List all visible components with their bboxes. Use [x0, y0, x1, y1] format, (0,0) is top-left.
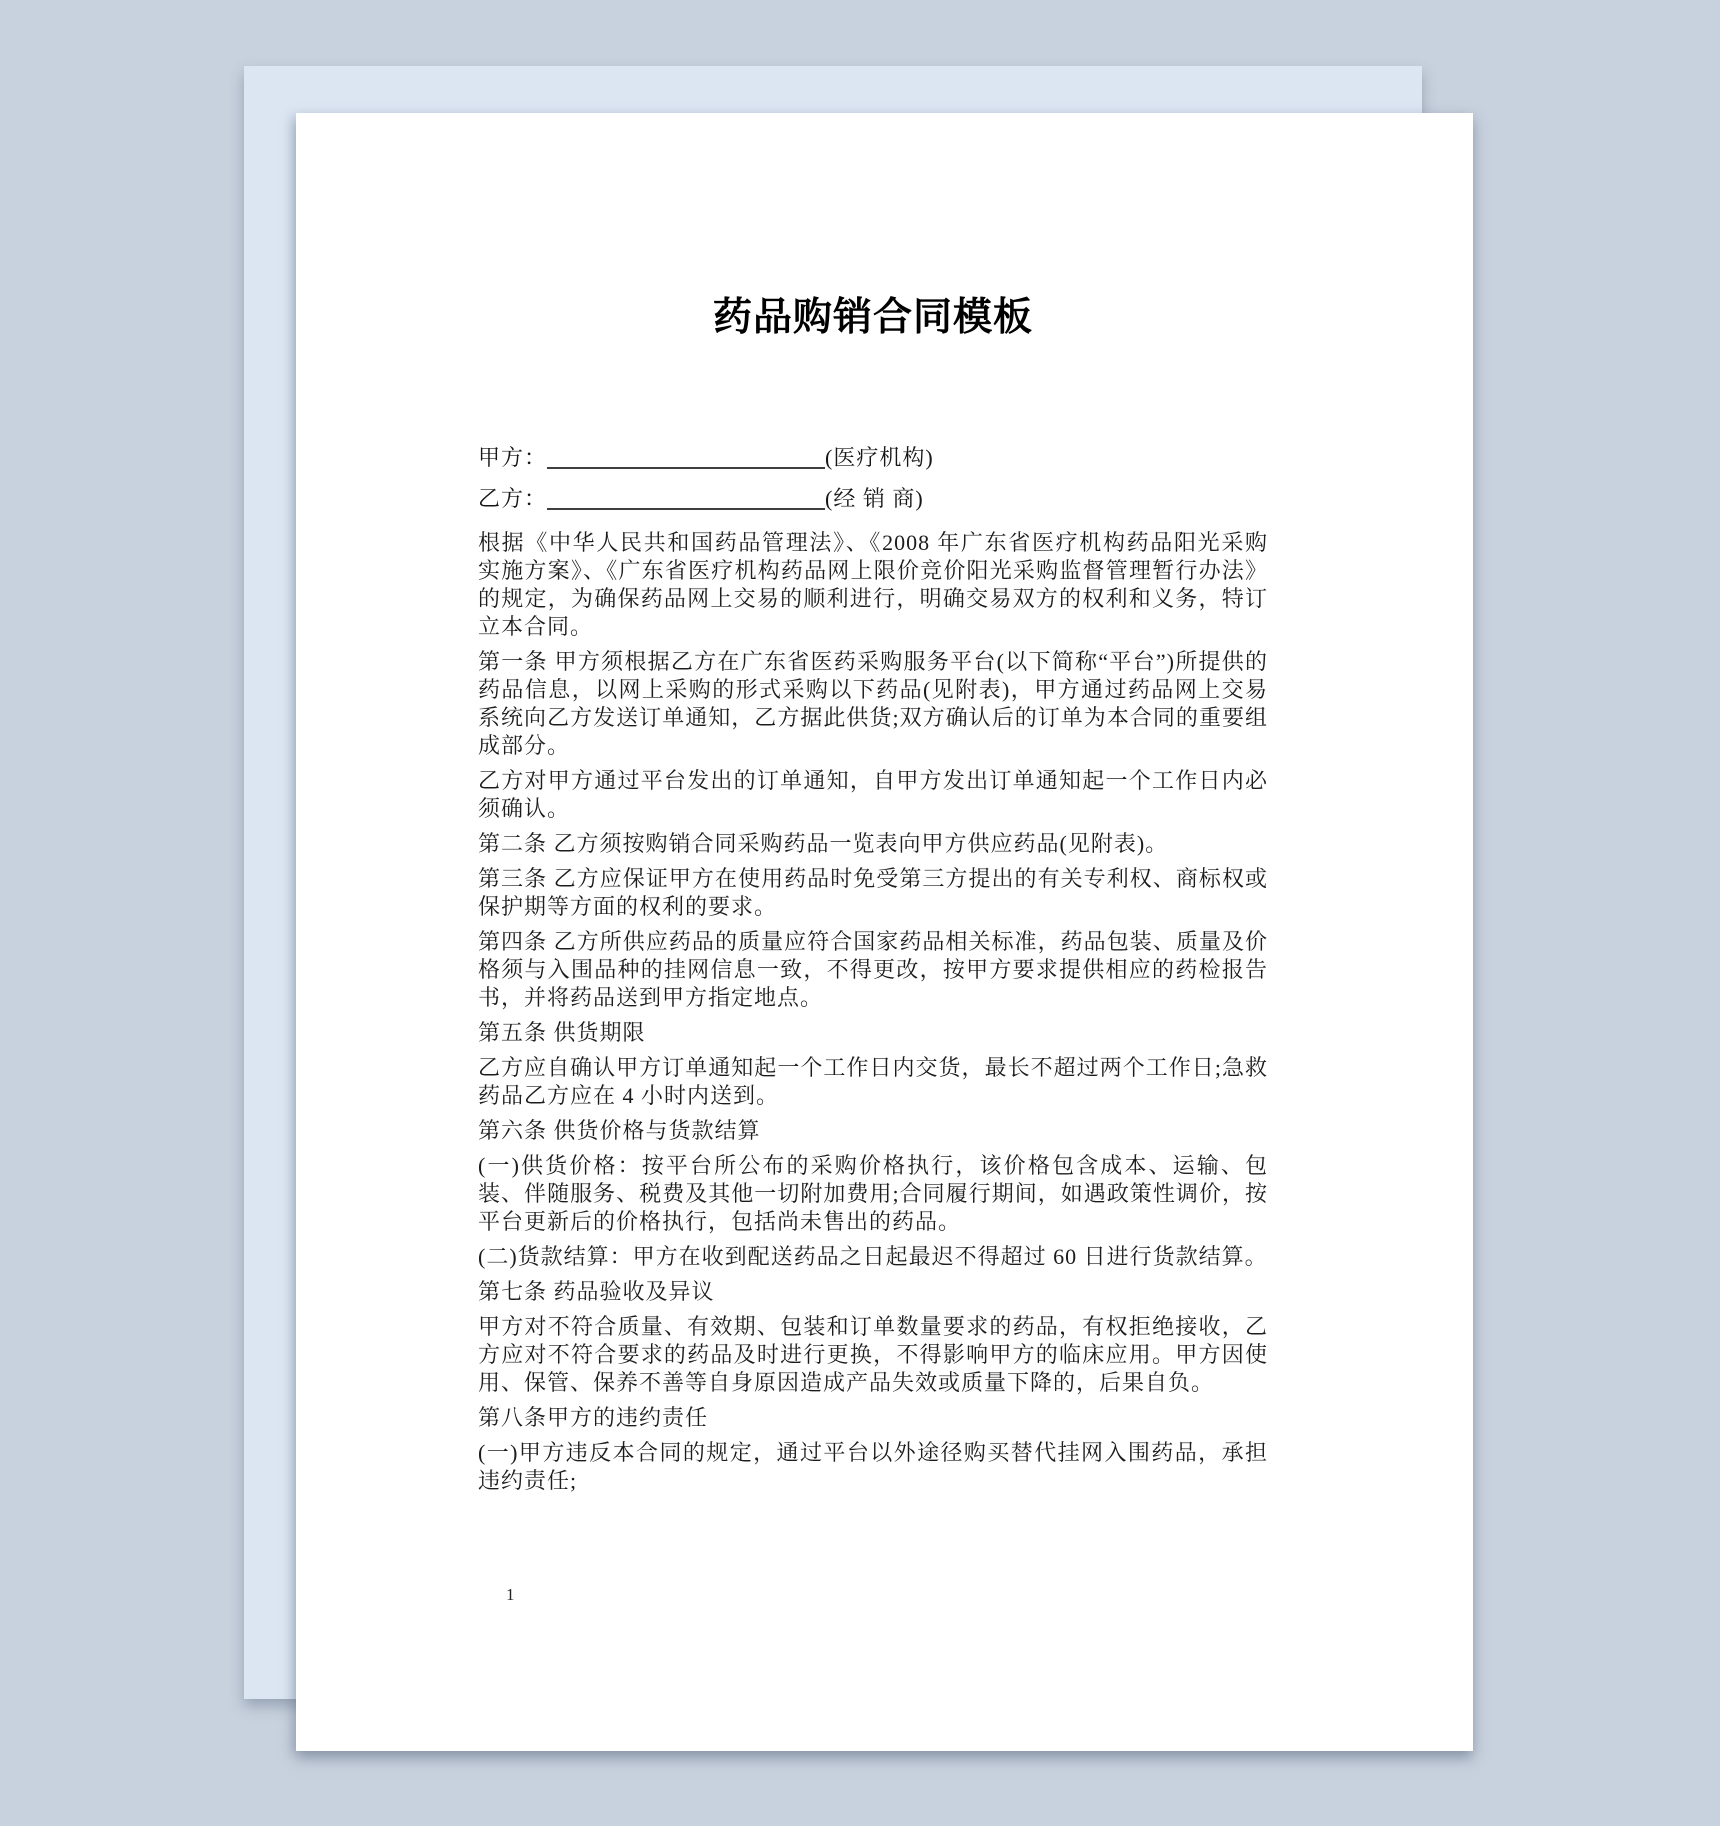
paragraph-clause-5-body: 乙方应自确认甲方订单通知起一个工作日内交货，最长不超过两个工作日;急救药品乙方应… [478, 1054, 1268, 1110]
fill-in-blank-underline [547, 507, 825, 510]
contract-page: 药品购销合同模板 甲方：(医疗机构) 乙方：(经 销 商) 根据《中华人民共和国… [296, 113, 1473, 1751]
party-b-role: (经 销 商) [825, 486, 924, 511]
fill-in-blank-underline [547, 466, 825, 469]
party-a-label: 甲方： [478, 445, 547, 470]
paragraph-clause-6-item-2: (二)货款结算：甲方在收到配送药品之日起最迟不得超过 60 日进行货款结算。 [478, 1243, 1268, 1271]
paragraph-clause-8-item-1: (一)甲方违反本合同的规定，通过平台以外途径购买替代挂网入围药品，承担违约责任; [478, 1439, 1268, 1495]
heading-clause-5: 第五条 供货期限 [478, 1019, 1268, 1047]
paragraph-clause-4: 第四条 乙方所供应药品的质量应符合国家药品相关标准，药品包装、质量及价格须与入围… [478, 928, 1268, 1012]
parties-block: 甲方：(医疗机构) 乙方：(经 销 商) [478, 437, 1268, 519]
contract-title: 药品购销合同模板 [478, 293, 1268, 343]
desk-background: 药品购销合同模板 甲方：(医疗机构) 乙方：(经 销 商) 根据《中华人民共和国… [0, 0, 1720, 1826]
paragraph-clause-2: 第二条 乙方须按购销合同采购药品一览表向甲方供应药品(见附表)。 [478, 830, 1268, 858]
page-number: 1 [506, 1585, 515, 1605]
heading-clause-6: 第六条 供货价格与货款结算 [478, 1117, 1268, 1145]
heading-clause-7: 第七条 药品验收及异议 [478, 1278, 1268, 1306]
paragraph-clause-1: 第一条 甲方须根据乙方在广东省医药采购服务平台(以下简称“平台”)所提供的药品信… [478, 648, 1268, 760]
paragraph-clause-7-body: 甲方对不符合质量、有效期、包装和订单数量要求的药品，有权拒绝接收，乙方应对不符合… [478, 1313, 1268, 1397]
party-a-role: (医疗机构) [825, 445, 934, 470]
party-row-second: 乙方：(经 销 商) [478, 478, 1268, 519]
paragraph-clause-1-note: 乙方对甲方通过平台发出的订单通知，自甲方发出订单通知起一个工作日内必须确认。 [478, 767, 1268, 823]
party-b-label: 乙方： [478, 486, 547, 511]
contract-body: 根据《中华人民共和国药品管理法》、《2008 年广东省医疗机构药品阳光采购实施方… [478, 529, 1268, 1495]
paragraph-clause-6-item-1: (一)供货价格：按平台所公布的采购价格执行，该价格包含成本、运输、包装、伴随服务… [478, 1152, 1268, 1236]
party-row-first: 甲方：(医疗机构) [478, 437, 1268, 478]
paragraph-preamble: 根据《中华人民共和国药品管理法》、《2008 年广东省医疗机构药品阳光采购实施方… [478, 529, 1268, 641]
paragraph-clause-3: 第三条 乙方应保证甲方在使用药品时免受第三方提出的有关专利权、商标权或保护期等方… [478, 865, 1268, 921]
heading-clause-8: 第八条甲方的违约责任 [478, 1404, 1268, 1432]
